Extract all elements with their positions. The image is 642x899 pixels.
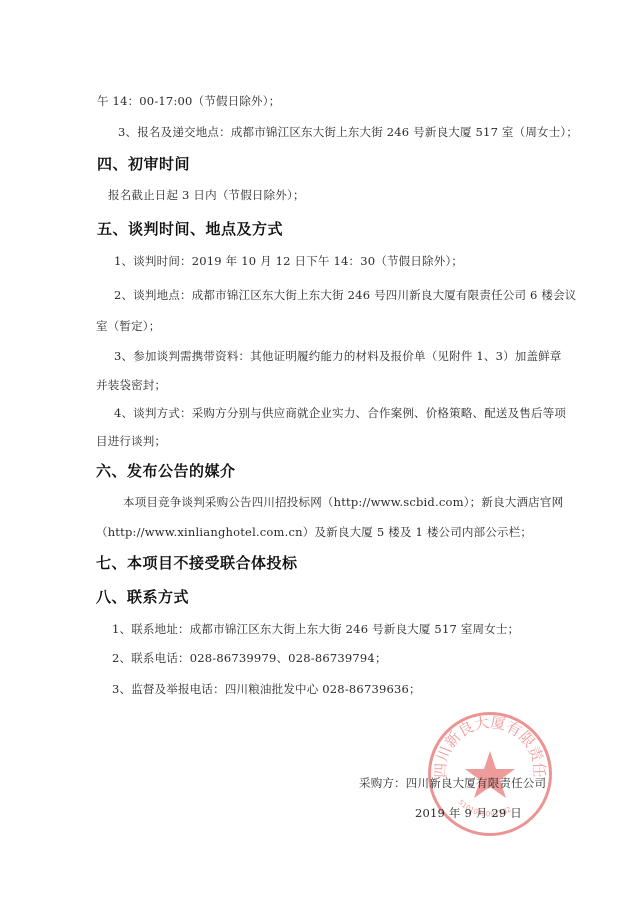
text-line: 2、联系电话：028-86739979、028-86739794； xyxy=(112,650,387,666)
text-line: 1、联系地址：成都市锦江区东大街上东大街 246 号新良大厦 517 室周女士； xyxy=(112,621,519,637)
text-line: 3、报名及递交地点：成都市锦江区东大街上东大街 246 号新良大厦 517 室（… xyxy=(118,124,578,140)
text-line: 本项目竞争谈判采购公告四川招投标网（http://www.scbid.com）；… xyxy=(123,494,563,510)
text-line: （http://www.xinlianghotel.com.cn）及新良大厦 5… xyxy=(96,524,532,540)
section-heading-4: 四、初审时间 xyxy=(97,153,190,174)
text-line: 报名截止日起 3 日内（节假日除外）； xyxy=(108,187,305,203)
text-line: 1、谈判时间：2019 年 10 月 12 日下午 14：30（节假日除外）； xyxy=(114,253,463,269)
text-line: 目进行谈判； xyxy=(96,433,166,449)
text-line: 3、监督及举报电话：四川粮油批发中心 028-86739636； xyxy=(112,681,421,697)
text-line: 并装袋密封； xyxy=(96,377,166,393)
text-line: 3、参加谈判需携带资料：其他证明履约能力的材料及报价单（见附件 1、3）加盖鲜章 xyxy=(114,348,562,364)
signature-date: 2019 年 9 月 29 日 xyxy=(415,805,522,821)
text-line: 室（暂定）； xyxy=(96,318,160,334)
text-line: 2、谈判地点：成都市锦江区东大街上东大街 246 号四川新良大厦有限责任公司 6… xyxy=(114,287,577,303)
section-heading-7: 七、本项目不接受联合体投标 xyxy=(96,552,298,573)
purchaser-signature: 采购方：四川新良大厦有限责任公司 xyxy=(359,775,546,791)
text-line: 4、谈判方式：采购方分别与供应商就企业实力、合作案例、价格策略、配送及售后等项 xyxy=(114,405,566,421)
section-heading-8: 八、联系方式 xyxy=(96,586,189,607)
text-line: 午 14：00-17:00（节假日除外）； xyxy=(97,93,280,109)
section-heading-6: 六、发布公告的媒介 xyxy=(96,460,236,481)
section-heading-5: 五、谈判时间、地点及方式 xyxy=(97,218,283,239)
